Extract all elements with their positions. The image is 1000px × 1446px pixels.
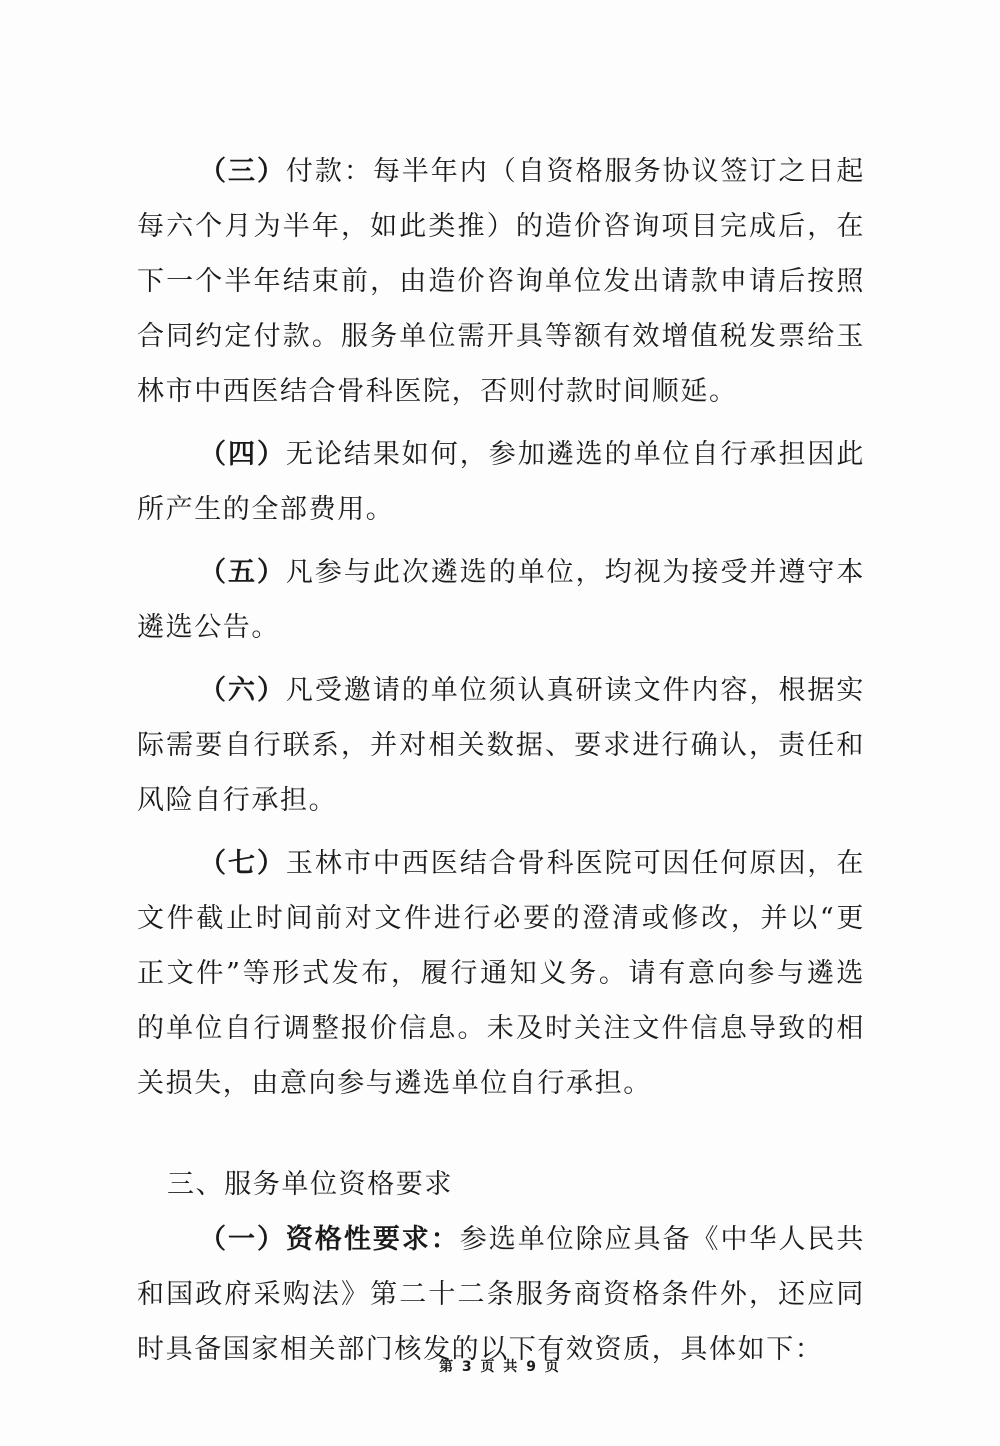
paragraph-qualification: （一）资格性要求：参选单位除应具备《中华人民共和国政府采购法》第二十二条服务商资…: [137, 1212, 865, 1377]
item-label: （五）: [199, 557, 286, 588]
paragraph-modification: （七）玉林市中西医结合骨科医院可因任何原因，在文件截止时间前对文件进行必要的澄清…: [137, 836, 865, 1111]
paragraph-text: 付款：每半年内（自资格服务协议签订之日起每六个月为半年，如此类推）的造价咨询项目…: [137, 156, 865, 407]
page-number: 第 3 页 共 9 页: [0, 1356, 1000, 1376]
item-label: （六）: [199, 675, 286, 706]
paragraph-payment: （三）付款：每半年内（自资格服务协议签订之日起每六个月为半年，如此类推）的造价咨…: [137, 144, 865, 419]
paragraph-review: （六）凡受邀请的单位须认真研读文件内容，根据实际需要自行联系，并对相关数据、要求…: [137, 663, 865, 828]
item-label: （七）: [199, 848, 286, 879]
item-label: （三）: [199, 156, 286, 187]
document-page: （三）付款：每半年内（自资格服务协议签订之日起每六个月为半年，如此类推）的造价咨…: [137, 144, 865, 1377]
section-heading: 三、服务单位资格要求: [167, 1157, 865, 1212]
paragraph-costs: （四）无论结果如何，参加遴选的单位自行承担因此所产生的全部费用。: [137, 427, 865, 537]
paragraph-text: 玉林市中西医结合骨科医院可因任何原因，在文件截止时间前对文件进行必要的澄清或修改…: [137, 848, 865, 1099]
item-label: （四）: [199, 439, 286, 470]
item-label: （一）: [199, 1224, 286, 1255]
paragraph-acceptance: （五）凡参与此次遴选的单位，均视为接受并遵守本遴选公告。: [137, 545, 865, 655]
qualification-label: 资格性要求：: [286, 1224, 460, 1255]
